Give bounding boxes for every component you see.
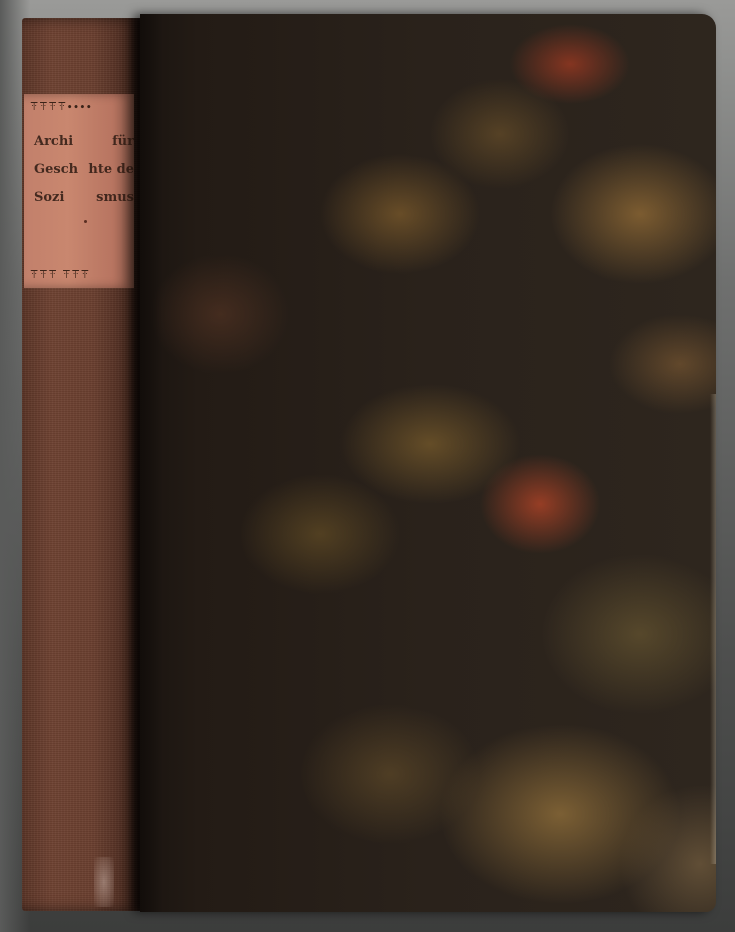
label-dot [84,220,87,223]
title-word: hte de [88,156,134,184]
cover-hinge [140,14,162,912]
book-spine: ꔉꔉꔉꔉ∙∙∙∙ Archi für Gesch hte de Sozi smu… [22,18,140,911]
book-title: Archiv für Geschichte des Sozialismus [0,0,1,1]
marbled-cover [140,14,716,912]
spine-wear-mark [94,857,114,907]
ornament-bottom: ꔉꔉꔉ ꔉꔉꔉ [30,268,130,282]
title-line-2: Gesch hte de [34,156,134,184]
spine-title: Archi für Gesch hte de Sozi smus [34,128,134,212]
title-line-3: Sozi smus [34,184,134,212]
ornament-top: ꔉꔉꔉꔉ∙∙∙∙ [30,100,130,114]
title-word: Archi [34,128,73,156]
spine-label: ꔉꔉꔉꔉ∙∙∙∙ Archi für Gesch hte de Sozi smu… [24,94,134,288]
title-line-1: Archi für [34,128,134,156]
title-word: Sozi [34,184,64,212]
title-word: Gesch [34,156,78,184]
photo-scene: ꔉꔉꔉꔉ∙∙∙∙ Archi für Gesch hte de Sozi smu… [0,0,735,932]
title-word: für [112,128,134,156]
title-word: smus [96,184,134,212]
cover-edge-wear [710,394,716,864]
